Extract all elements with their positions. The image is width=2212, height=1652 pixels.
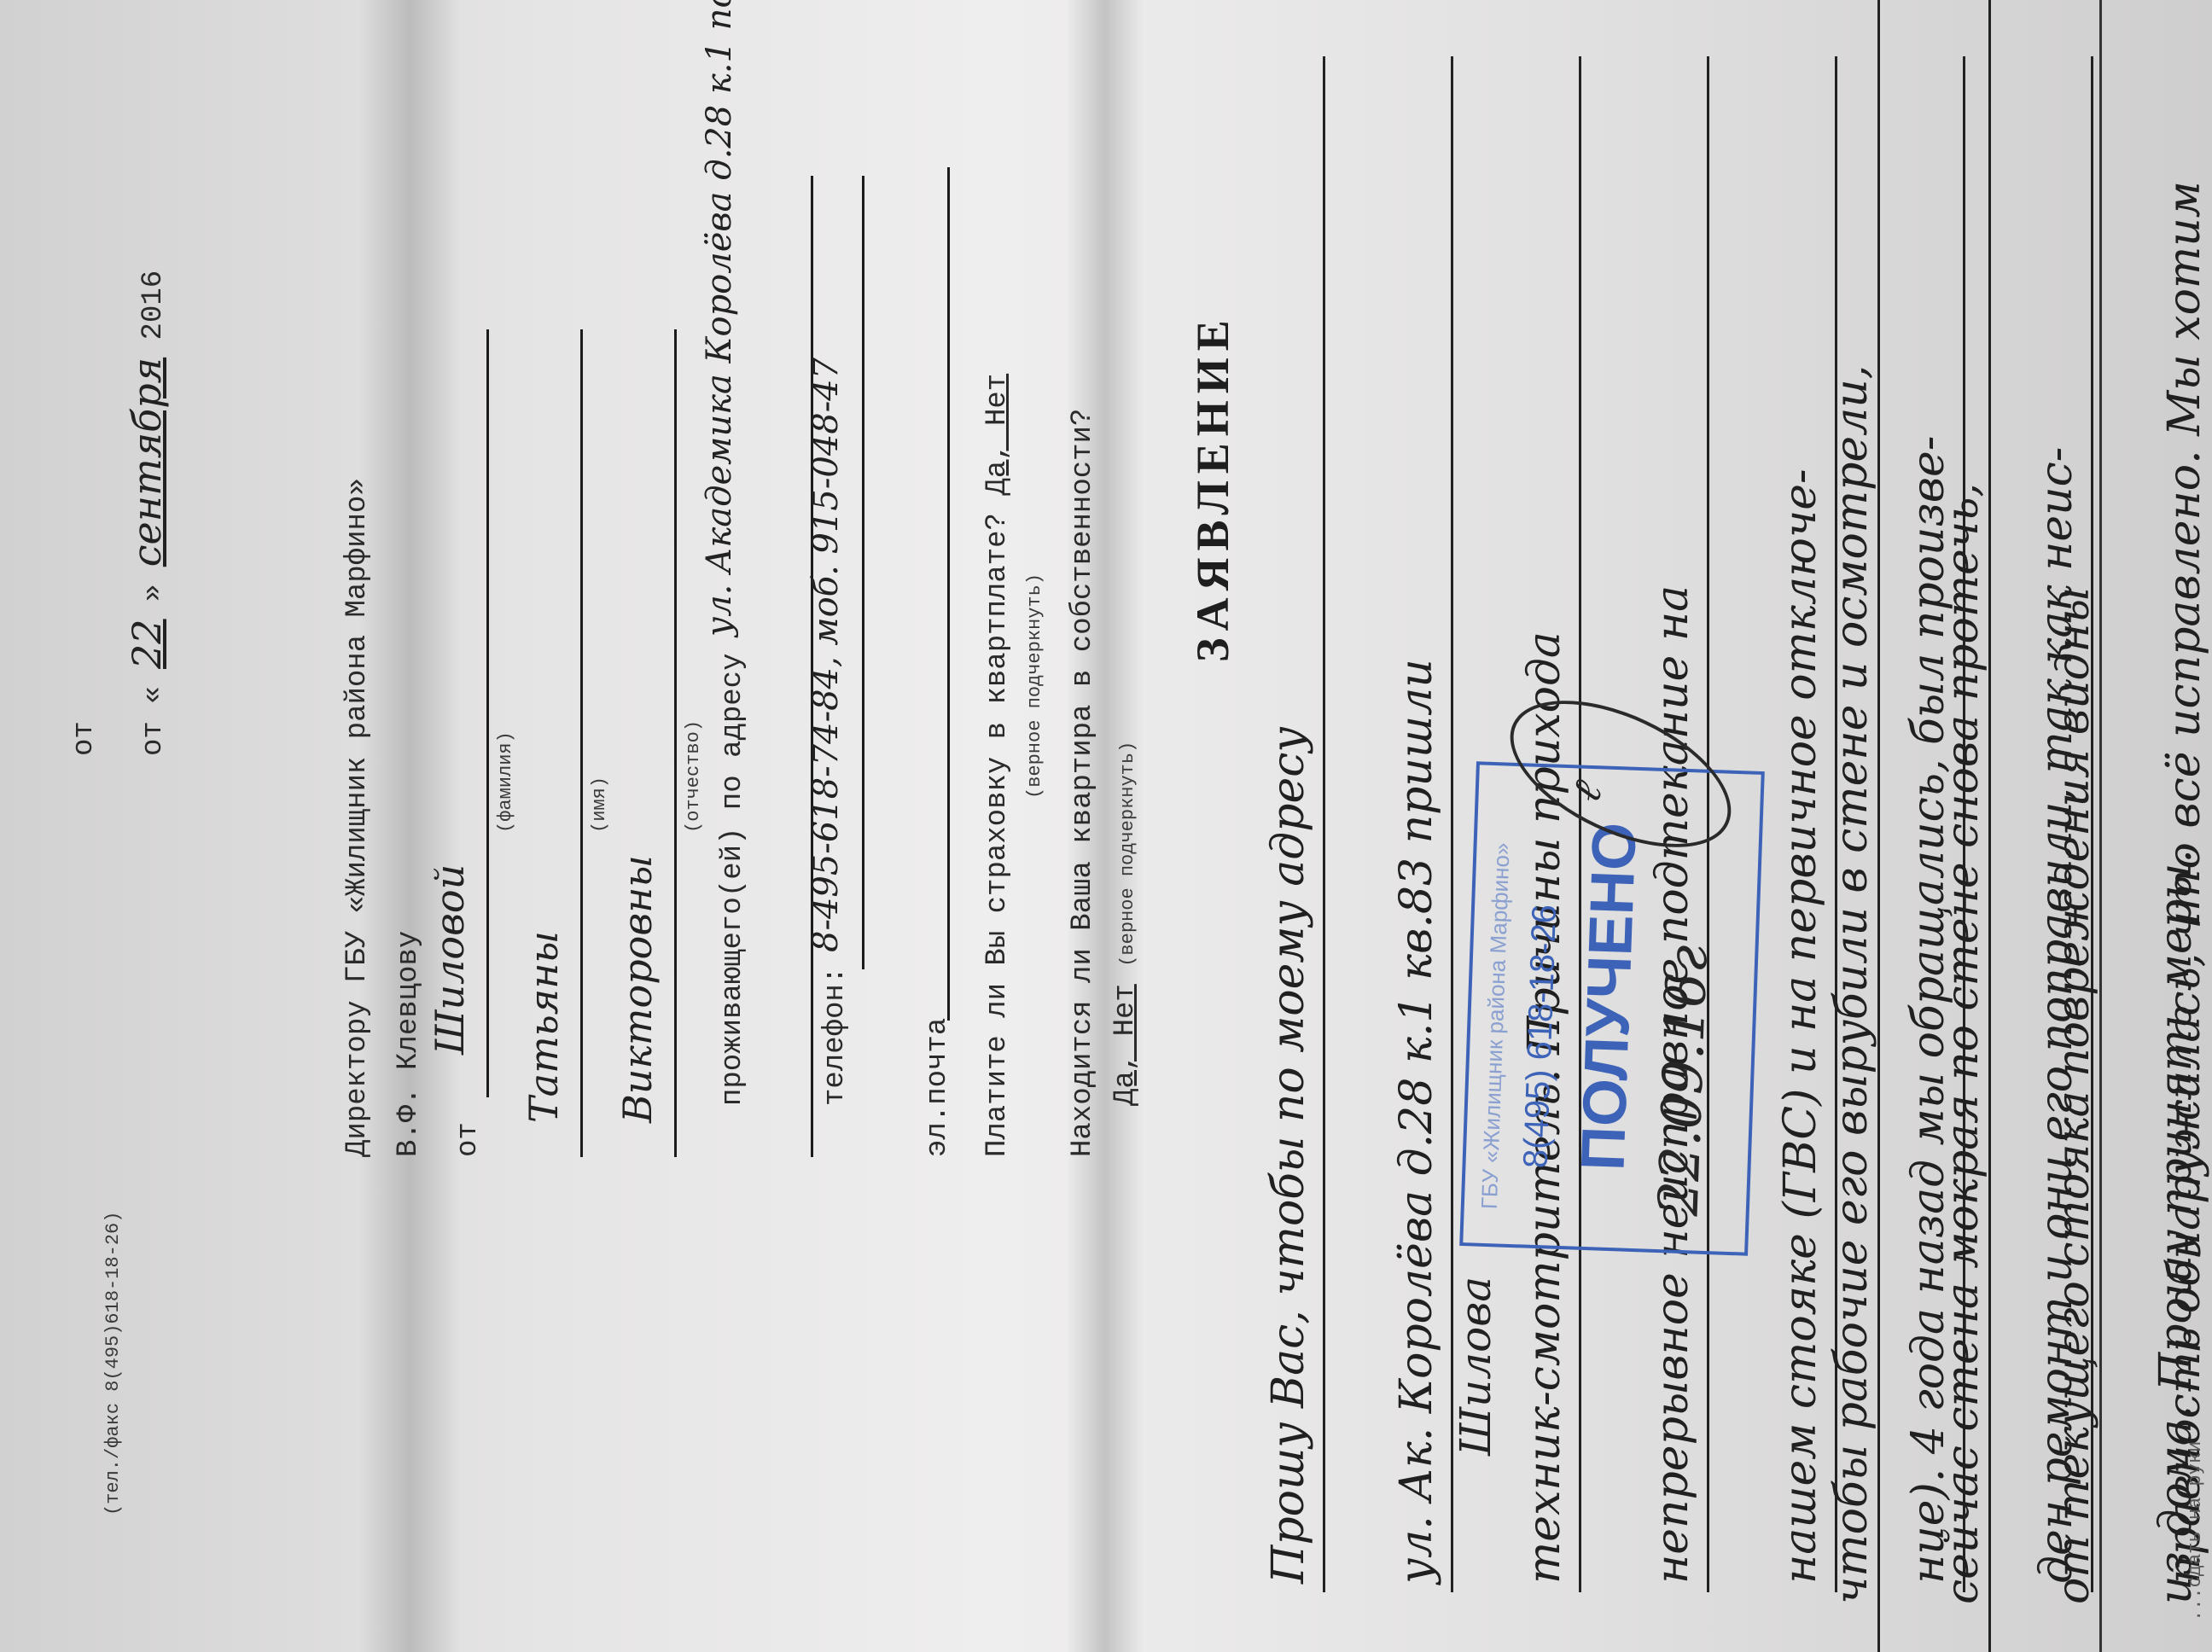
ownership-answer: Да, Нет (верное подчеркнуть) bbox=[1109, 742, 1142, 1106]
statement-line: ден ремонт и они его поправили, так как … bbox=[1963, 56, 2093, 1592]
applicant-signature: Шилова bbox=[1451, 1277, 1500, 1456]
addressee-org: Директору ГБУ «Жилищник района Марфино» bbox=[341, 478, 374, 1157]
applicant-surname: Шиловой bbox=[427, 864, 473, 1055]
ownership-options: Да, Нет bbox=[1109, 984, 1142, 1106]
statement-line: Прошу Вас, чтобы по моему адресу bbox=[1195, 56, 1325, 1592]
address-label: проживающего(ей) по адресу bbox=[717, 654, 749, 1107]
phone-label: телефон: bbox=[819, 967, 852, 1106]
name-rule bbox=[580, 329, 583, 1157]
applicant-name: Татьяны bbox=[521, 931, 567, 1123]
date-month: сентября bbox=[124, 358, 170, 567]
patronymic-rule bbox=[674, 329, 677, 1157]
statement-line: ул. Ак. Королёва д.28 к.1 кв.83 пришли bbox=[1323, 56, 1453, 1592]
stamp-org: ГБУ «Жилищник района Марфино» bbox=[1476, 842, 1516, 1210]
applicant-patronymic: Викторовны bbox=[614, 855, 661, 1123]
header-ot-label: от bbox=[68, 721, 101, 756]
insurance-options: Да, Нет bbox=[981, 374, 1014, 496]
addressee-director: В.Ф. Клевцову bbox=[393, 931, 425, 1157]
statement-line: правность обнаружилась, что всё исправле… bbox=[2091, 56, 2212, 1592]
stamp-date: 22.09.16г bbox=[1648, 944, 1720, 1217]
date-day: 22 bbox=[124, 619, 170, 669]
phone-rule bbox=[862, 176, 864, 969]
statement-line: ние). 4 года назад мы обращались, был пр… bbox=[1835, 56, 1965, 1592]
email-label: эл.почта bbox=[922, 1018, 954, 1157]
from-label: от bbox=[452, 1122, 485, 1157]
name-caption: (имя) bbox=[589, 777, 610, 833]
org-phone: (тел./факс 8(495)618-18-26) bbox=[102, 1212, 124, 1515]
stamp-label: ПОЛУЧЕНО bbox=[1568, 822, 1650, 1172]
insurance-hint: (верное подчеркнуть) bbox=[1024, 573, 1045, 799]
patronymic-caption: (отчество) bbox=[683, 720, 704, 833]
question-insurance: Платите ли Вы страховку в квартплате? Да… bbox=[981, 374, 1014, 1157]
document-page: от от « 22 » сентября 2016 Директору ГБУ… bbox=[0, 0, 2212, 1652]
applicant-address: ул. Академика Королёва д.28 к.1 под.3 кв… bbox=[700, 0, 739, 637]
question-ownership: Находится ли Ваша квартира в собственнос… bbox=[1067, 409, 1099, 1157]
applicant-phone: 8-495-618-74-84, моб. 915-048-47 bbox=[806, 358, 846, 952]
fold-shadow bbox=[358, 0, 461, 1652]
email-rule bbox=[947, 167, 950, 1021]
stamp-phone: 8(495) 618-18-26 bbox=[1516, 904, 1564, 1168]
surname-rule bbox=[486, 329, 489, 1097]
header-date: от « 22 » сентября 2016 bbox=[124, 270, 170, 756]
surname-caption: (фамилия) bbox=[495, 731, 516, 833]
